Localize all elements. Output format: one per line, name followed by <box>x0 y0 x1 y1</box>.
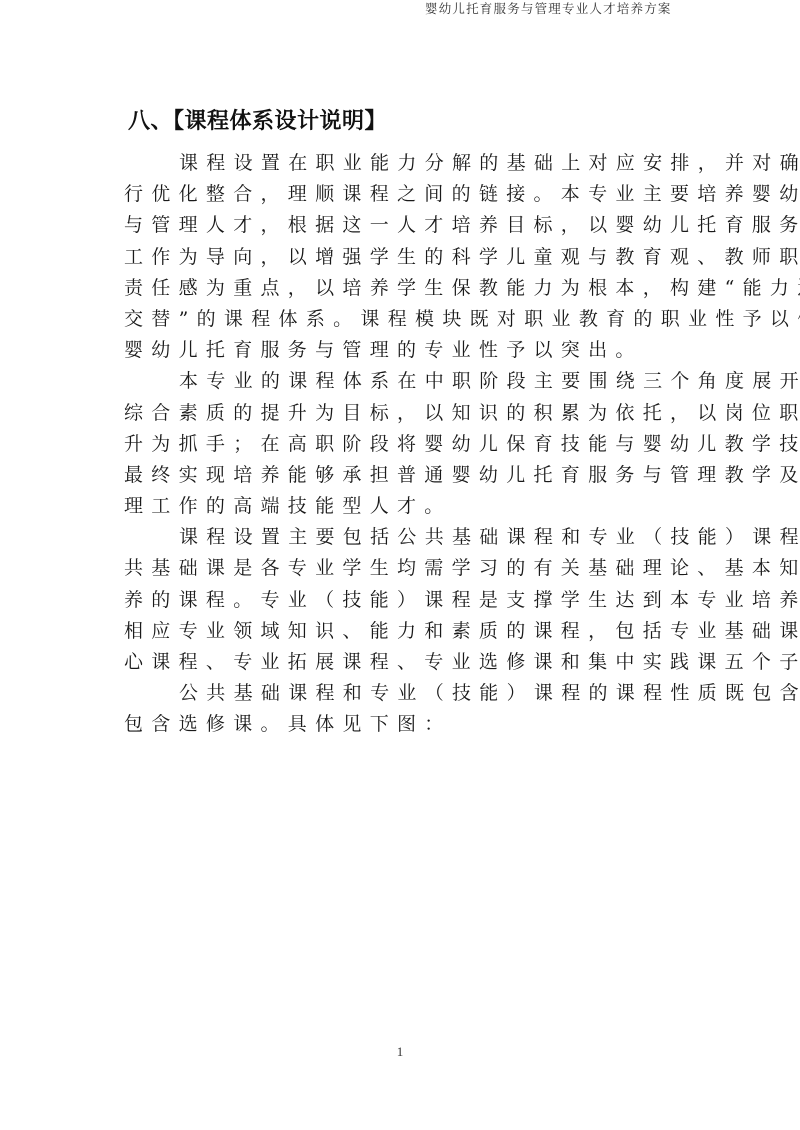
text-line: 公共基础课程和专业（技能）课程的课程性质既包含必修课，也 <box>124 678 684 709</box>
paragraph-3: 课程设置主要包括公共基础课程和专业（技能）课程两大类。公 共基础课是各专业学生均… <box>124 522 684 678</box>
text-line: 课程设置在职业能力分解的基础上对应安排，并对确定的课程进 <box>124 148 684 179</box>
paragraph-4: 公共基础课程和专业（技能）课程的课程性质既包含必修课，也 包含选修课。具体见下图… <box>124 678 684 740</box>
text-line: 心课程、专业拓展课程、专业选修课和集中实践课五个子类。 <box>124 647 684 678</box>
text-line: 相应专业领域知识、能力和素质的课程，包括专业基础课程、专业核 <box>124 616 684 647</box>
body-text: 课程设置在职业能力分解的基础上对应安排，并对确定的课程进 行优化整合，理顺课程之… <box>124 148 684 741</box>
text-line: 共基础课是各专业学生均需学习的有关基础理论、基本知识和基本素 <box>124 553 684 584</box>
page-number: 1 <box>394 1044 406 1060</box>
section-heading: 八、【课程体系设计说明】 <box>128 107 387 137</box>
text-line: 理工作的高端技能型人才。 <box>124 491 684 522</box>
text-line: 行优化整合，理顺课程之间的链接。本专业主要培养婴幼儿托育服务 <box>124 179 684 210</box>
text-line: 综合素质的提升为目标，以知识的积累为依托，以岗位职业能力的提 <box>124 398 684 429</box>
running-header: 婴幼儿托育服务与管理专业人才培养方案 <box>425 0 665 18</box>
text-line: 责任感为重点，以培养学生保教能力为根本，构建“能力递进，学训 <box>124 273 684 304</box>
text-line: 婴幼儿托育服务与管理的专业性予以突出。 <box>124 335 684 366</box>
text-line: 最终实现培养能够承担普通婴幼儿托育服务与管理教学及托幼机构管 <box>124 460 684 491</box>
text-line: 升为抓手；在高职阶段将婴幼儿保育技能与婴幼儿教学技能相结合， <box>124 429 684 460</box>
text-line: 包含选修课。具体见下图： <box>124 709 684 740</box>
text-line: 本专业的课程体系在中职阶段主要围绕三个角度展开，即以学生 <box>124 366 684 397</box>
text-line: 养的课程。专业（技能）课程是支撑学生达到本专业培养目标，掌握 <box>124 585 684 616</box>
text-line: 课程设置主要包括公共基础课程和专业（技能）课程两大类。公 <box>124 522 684 553</box>
text-line: 工作为导向，以增强学生的科学儿童观与教育观、教师职业认同感和 <box>124 242 684 273</box>
text-line: 交替”的课程体系。课程模块既对职业教育的职业性予以体现，也对 <box>124 304 684 335</box>
paragraph-1: 课程设置在职业能力分解的基础上对应安排，并对确定的课程进 行优化整合，理顺课程之… <box>124 148 684 366</box>
paragraph-2: 本专业的课程体系在中职阶段主要围绕三个角度展开，即以学生 综合素质的提升为目标，… <box>124 366 684 522</box>
text-line: 与管理人才，根据这一人才培养目标，以婴幼儿托育服务与管理岗位 <box>124 210 684 241</box>
